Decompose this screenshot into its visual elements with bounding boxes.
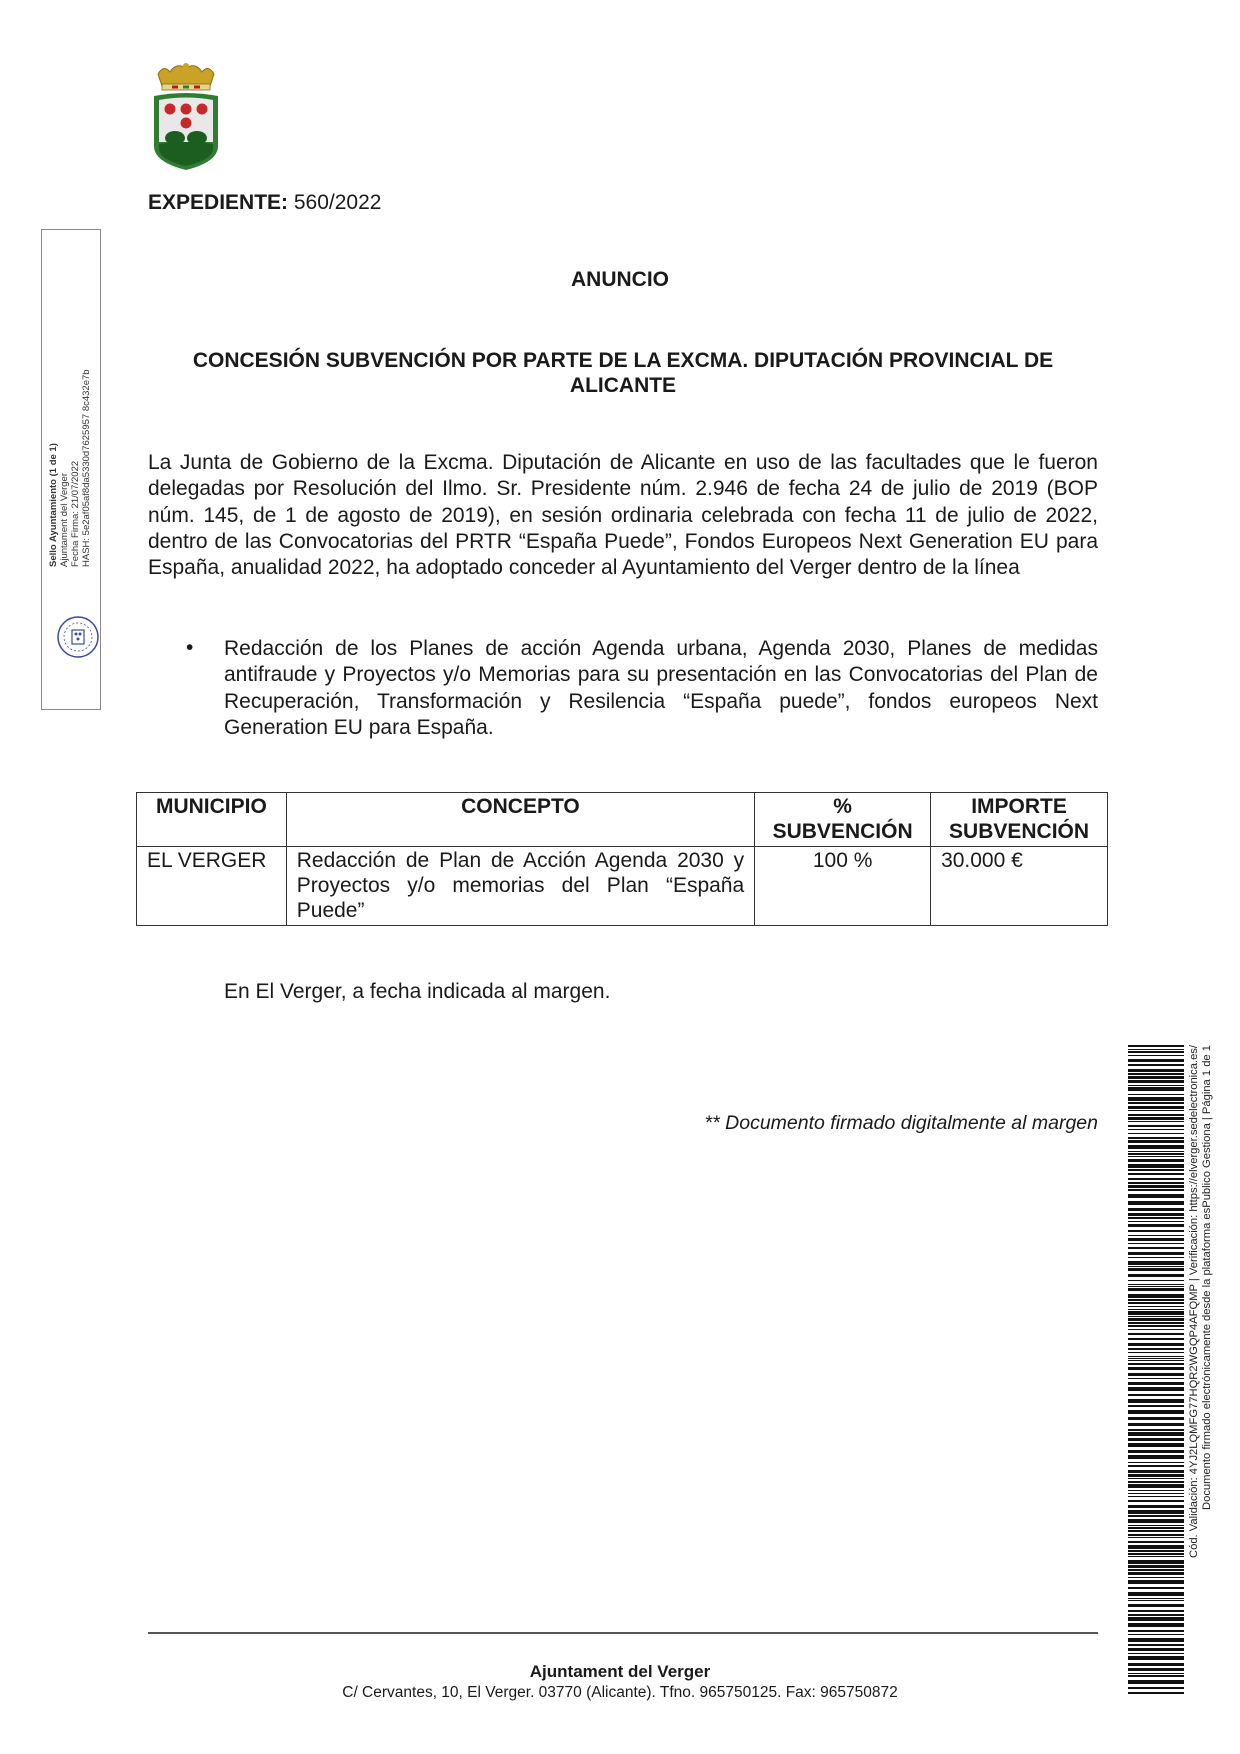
- col-porcentaje: % SUBVENCIÓN: [755, 793, 931, 847]
- subsidy-table: MUNICIPIO CONCEPTO % SUBVENCIÓN IMPORTE …: [136, 792, 1108, 926]
- verification-code: Cód. Validación: 4YJ2LQMFG77HQR2WGQP4AFQ…: [1188, 1045, 1201, 1695]
- col-concepto: CONCEPTO: [286, 793, 754, 847]
- body-paragraph: La Junta de Gobierno de la Excma. Diputa…: [148, 450, 1098, 581]
- stamp-title: Sello Ayuntamiento (1 de 1): [48, 367, 59, 567]
- footer-divider: [148, 1632, 1098, 1634]
- barcode-icon: [1128, 1045, 1184, 1695]
- bullet-icon: •: [186, 636, 193, 660]
- cell-concepto: Redacción de Plan de Acción Agenda 2030 …: [286, 847, 754, 926]
- official-seal-icon: [56, 615, 100, 659]
- col-importe: IMPORTE SUBVENCIÓN: [931, 793, 1108, 847]
- table-row: EL VERGER Redacción de Plan de Acción Ag…: [137, 847, 1108, 926]
- expediente-number: EXPEDIENTE: 560/2022: [148, 191, 381, 215]
- verification-platform: Documento firmado electrónicamente desde…: [1201, 1045, 1214, 1695]
- bullet-item: Redacción de los Planes de acción Agenda…: [224, 636, 1098, 741]
- table-header-row: MUNICIPIO CONCEPTO % SUBVENCIÓN IMPORTE …: [137, 793, 1108, 847]
- stamp-date: Fecha Firma: 21/07/2022: [70, 367, 81, 567]
- cell-importe: 30.000 €: [931, 847, 1108, 926]
- digital-signature-note: ** Documento firmado digitalmente al mar…: [705, 1112, 1098, 1135]
- closing-line: En El Verger, a fecha indicada al margen…: [224, 980, 610, 1004]
- stamp-entity: Ajuntament del Verger: [59, 367, 70, 567]
- coat-of-arms-logo: [150, 62, 222, 172]
- expediente-label: EXPEDIENTE:: [148, 191, 288, 214]
- footer-address: C/ Cervantes, 10, El Verger. 03770 (Alic…: [0, 1684, 1240, 1702]
- cell-municipio: EL VERGER: [137, 847, 287, 926]
- signature-stamp-text: Sello Ayuntamiento (1 de 1) Ajuntament d…: [48, 367, 96, 567]
- expediente-value: 560/2022: [294, 191, 382, 214]
- verification-text: Cód. Validación: 4YJ2LQMFG77HQR2WGQP4AFQ…: [1186, 1045, 1220, 1695]
- document-title: CONCESIÓN SUBVENCIÓN POR PARTE DE LA EXC…: [148, 348, 1098, 398]
- col-municipio: MUNICIPIO: [137, 793, 287, 847]
- stamp-hash: HASH: 5e2af05af8da5330d7625957 8c432e7b: [81, 367, 92, 567]
- heading-anuncio: ANUNCIO: [0, 268, 1240, 292]
- cell-porcentaje: 100 %: [755, 847, 931, 926]
- footer-entity-name: Ajuntament del Verger: [0, 1662, 1240, 1682]
